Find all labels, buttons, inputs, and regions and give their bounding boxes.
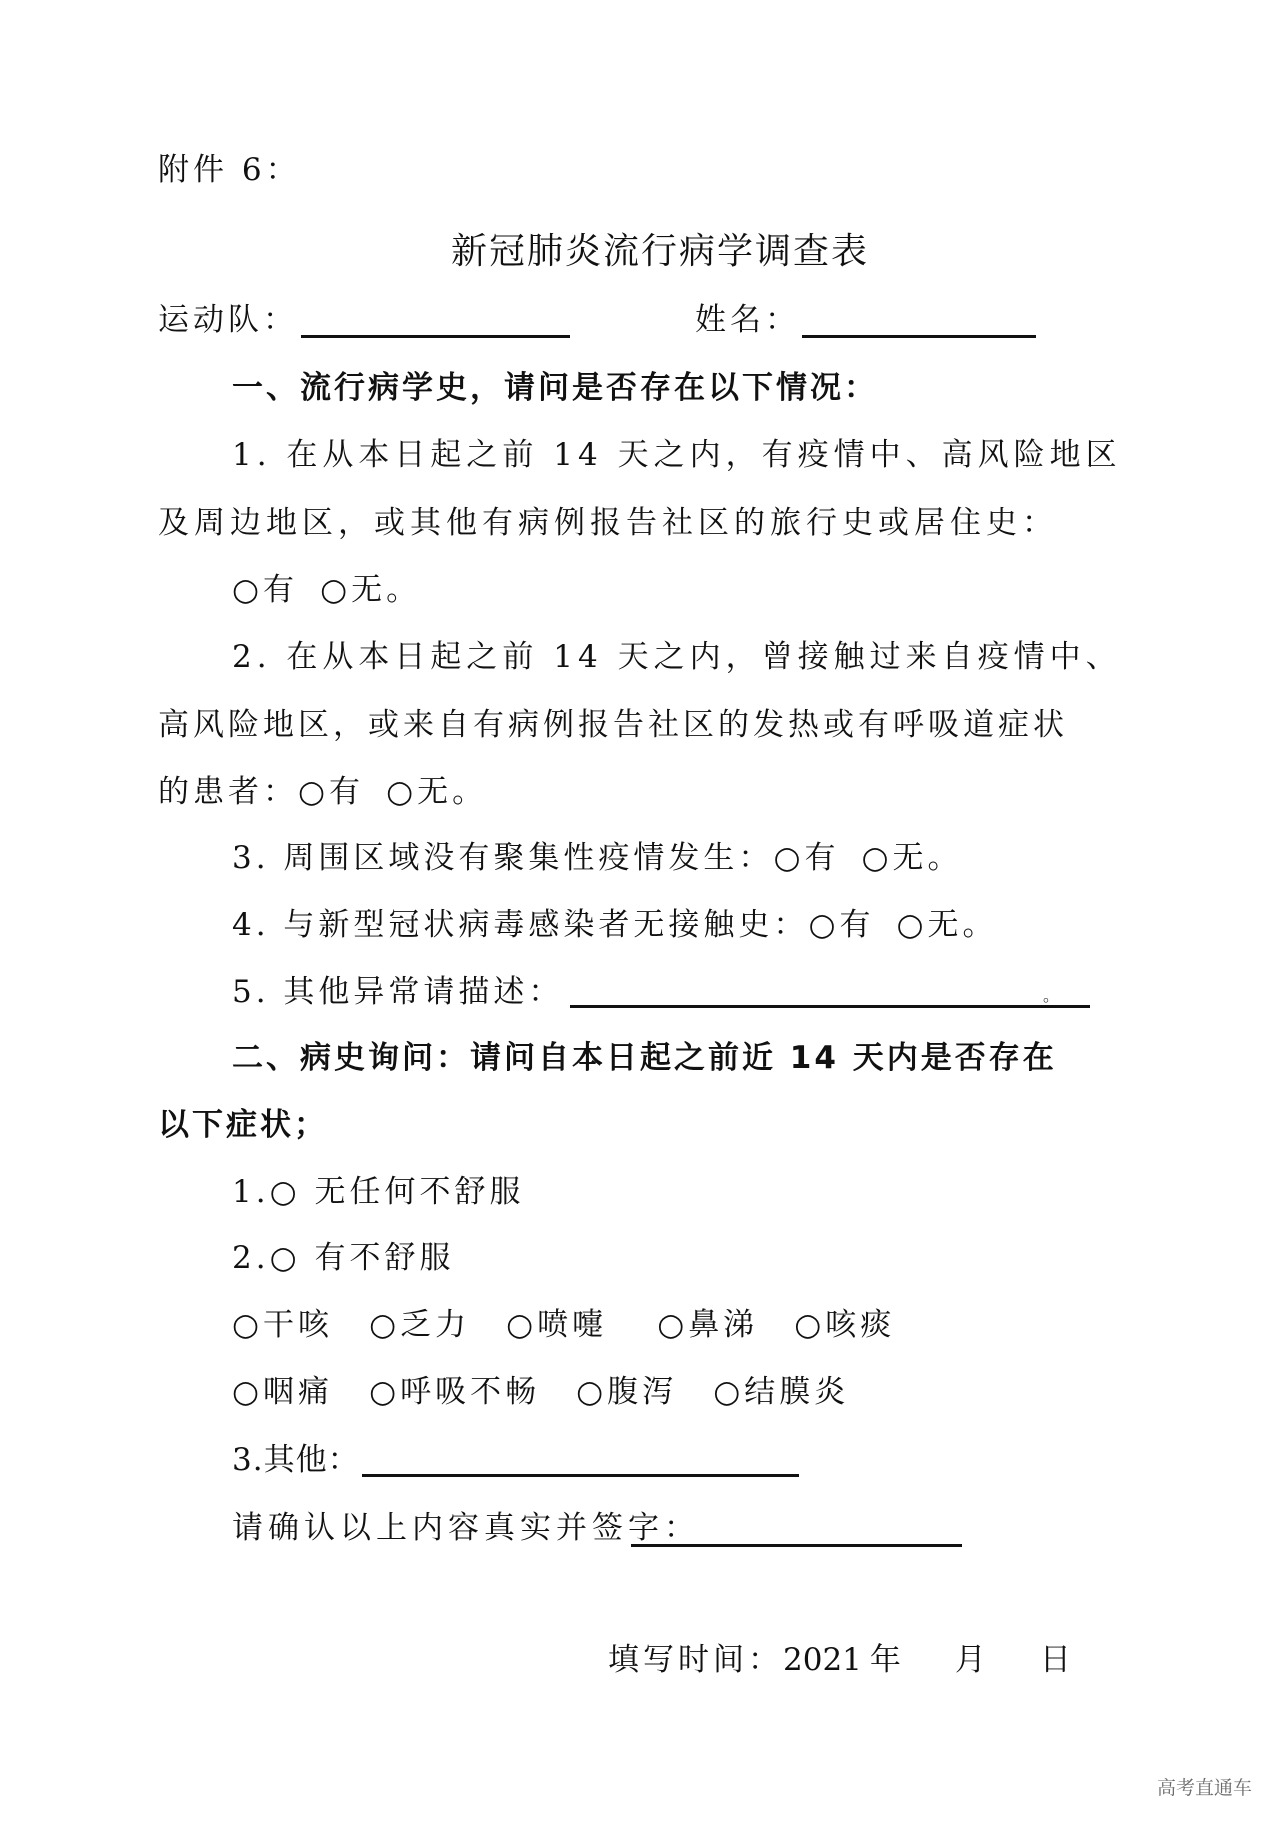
q1-line1: 1. 在从本日起之前 14 天之内，有疫情中、高风险地区 — [232, 435, 1122, 475]
team-input[interactable] — [301, 335, 570, 338]
q2-option-yes[interactable]: ○有 — [298, 772, 364, 812]
fill-date-year-unit: 年 — [870, 1642, 905, 1678]
q3-text: 3. 周围区域没有聚集性疫情发生： — [232, 840, 773, 876]
q3-option-no[interactable]: ○无。 — [862, 838, 963, 878]
s2-option-discomfort[interactable]: 2.○ 有不舒服 — [232, 1238, 454, 1278]
q2-line3-text: 的患者： — [158, 774, 298, 810]
symptom-breathing-difficulty[interactable]: ○呼吸不畅 — [369, 1372, 540, 1412]
q5-end-mark: 。 — [1043, 988, 1059, 1004]
page-title-text: 新冠肺炎流行病学调查表 — [451, 231, 869, 272]
q3-row: 3. 周围区域没有聚集性疫情发生：○有○无。 — [232, 838, 985, 878]
q5-label: 5. 其他异常请描述： — [232, 972, 563, 1012]
q1-options: ○有○无。 — [232, 570, 443, 610]
fill-date-day-unit: 日 — [1040, 1642, 1075, 1678]
q1-option-no[interactable]: ○无。 — [320, 570, 421, 610]
other-input[interactable] — [362, 1474, 799, 1477]
symptom-runny-nose[interactable]: ○鼻涕 — [657, 1305, 758, 1345]
q4-option-no[interactable]: ○无。 — [897, 905, 998, 945]
q4-text: 4. 与新型冠状病毒感染者无接触史： — [232, 907, 808, 943]
page-title: 新冠肺炎流行病学调查表 — [0, 230, 1280, 274]
q2-line3: 的患者：○有○无。 — [158, 772, 509, 812]
q3-option-yes[interactable]: ○有 — [773, 838, 839, 878]
team-label: 运动队： — [158, 300, 298, 340]
symptom-sore-throat[interactable]: ○咽痛 — [232, 1372, 333, 1412]
symptoms-row1: ○干咳○乏力○喷嚏○鼻涕○咳痰 — [232, 1305, 917, 1345]
q5-input[interactable] — [570, 1005, 1090, 1008]
name-label: 姓名： — [695, 300, 800, 340]
fill-date: 填写时间：2021年月日 — [608, 1640, 1075, 1680]
fill-date-month-unit: 月 — [955, 1642, 990, 1678]
fill-date-label: 填写时间： — [608, 1642, 783, 1678]
section1-heading: 一、流行病学史，请问是否存在以下情况： — [232, 368, 878, 408]
symptom-phlegm[interactable]: ○咳痰 — [794, 1305, 895, 1345]
attachment-label: 附件 6： — [158, 150, 301, 190]
q4-option-yes[interactable]: ○有 — [808, 905, 874, 945]
symptom-dry-cough[interactable]: ○干咳 — [232, 1305, 333, 1345]
q4-row: 4. 与新型冠状病毒感染者无接触史：○有○无。 — [232, 905, 1020, 945]
fill-date-year: 2021 — [783, 1642, 862, 1678]
q2-line1: 2. 在从本日起之前 14 天之内，曾接触过来自疫情中、 — [232, 637, 1122, 677]
confirm-label: 请确认以上内容真实并签字： — [232, 1508, 700, 1548]
symptom-sneeze[interactable]: ○喷嚏 — [506, 1305, 607, 1345]
s2-option-none[interactable]: 1.○ 无任何不舒服 — [232, 1172, 524, 1212]
symptom-conjunctivitis[interactable]: ○结膜炎 — [713, 1372, 849, 1412]
signature-input[interactable] — [631, 1544, 962, 1547]
watermark: 高考直通车 — [1157, 1773, 1252, 1800]
symptom-diarrhea[interactable]: ○腹泻 — [576, 1372, 677, 1412]
symptom-fatigue[interactable]: ○乏力 — [369, 1305, 470, 1345]
section2-heading-line1: 二、病史询问：请问自本日起之前近 14 天内是否存在 — [232, 1038, 1057, 1078]
q2-option-no[interactable]: ○无。 — [386, 772, 487, 812]
name-input[interactable] — [802, 335, 1036, 338]
q2-line2: 高风险地区，或来自有病例报告社区的发热或有呼吸道症状 — [158, 705, 1068, 745]
section2-heading-line2: 以下症状； — [158, 1105, 328, 1145]
q1-line2: 及周边地区，或其他有病例报告社区的旅行史或居住史： — [158, 503, 1058, 543]
q1-option-yes[interactable]: ○有 — [232, 570, 298, 610]
other-label: 3.其他： — [232, 1440, 360, 1480]
survey-form-page: 附件 6： 新冠肺炎流行病学调查表 运动队： 姓名： 一、流行病学史，请问是否存… — [0, 0, 1280, 1824]
symptoms-row2: ○咽痛○呼吸不畅○腹泻○结膜炎 — [232, 1372, 871, 1412]
